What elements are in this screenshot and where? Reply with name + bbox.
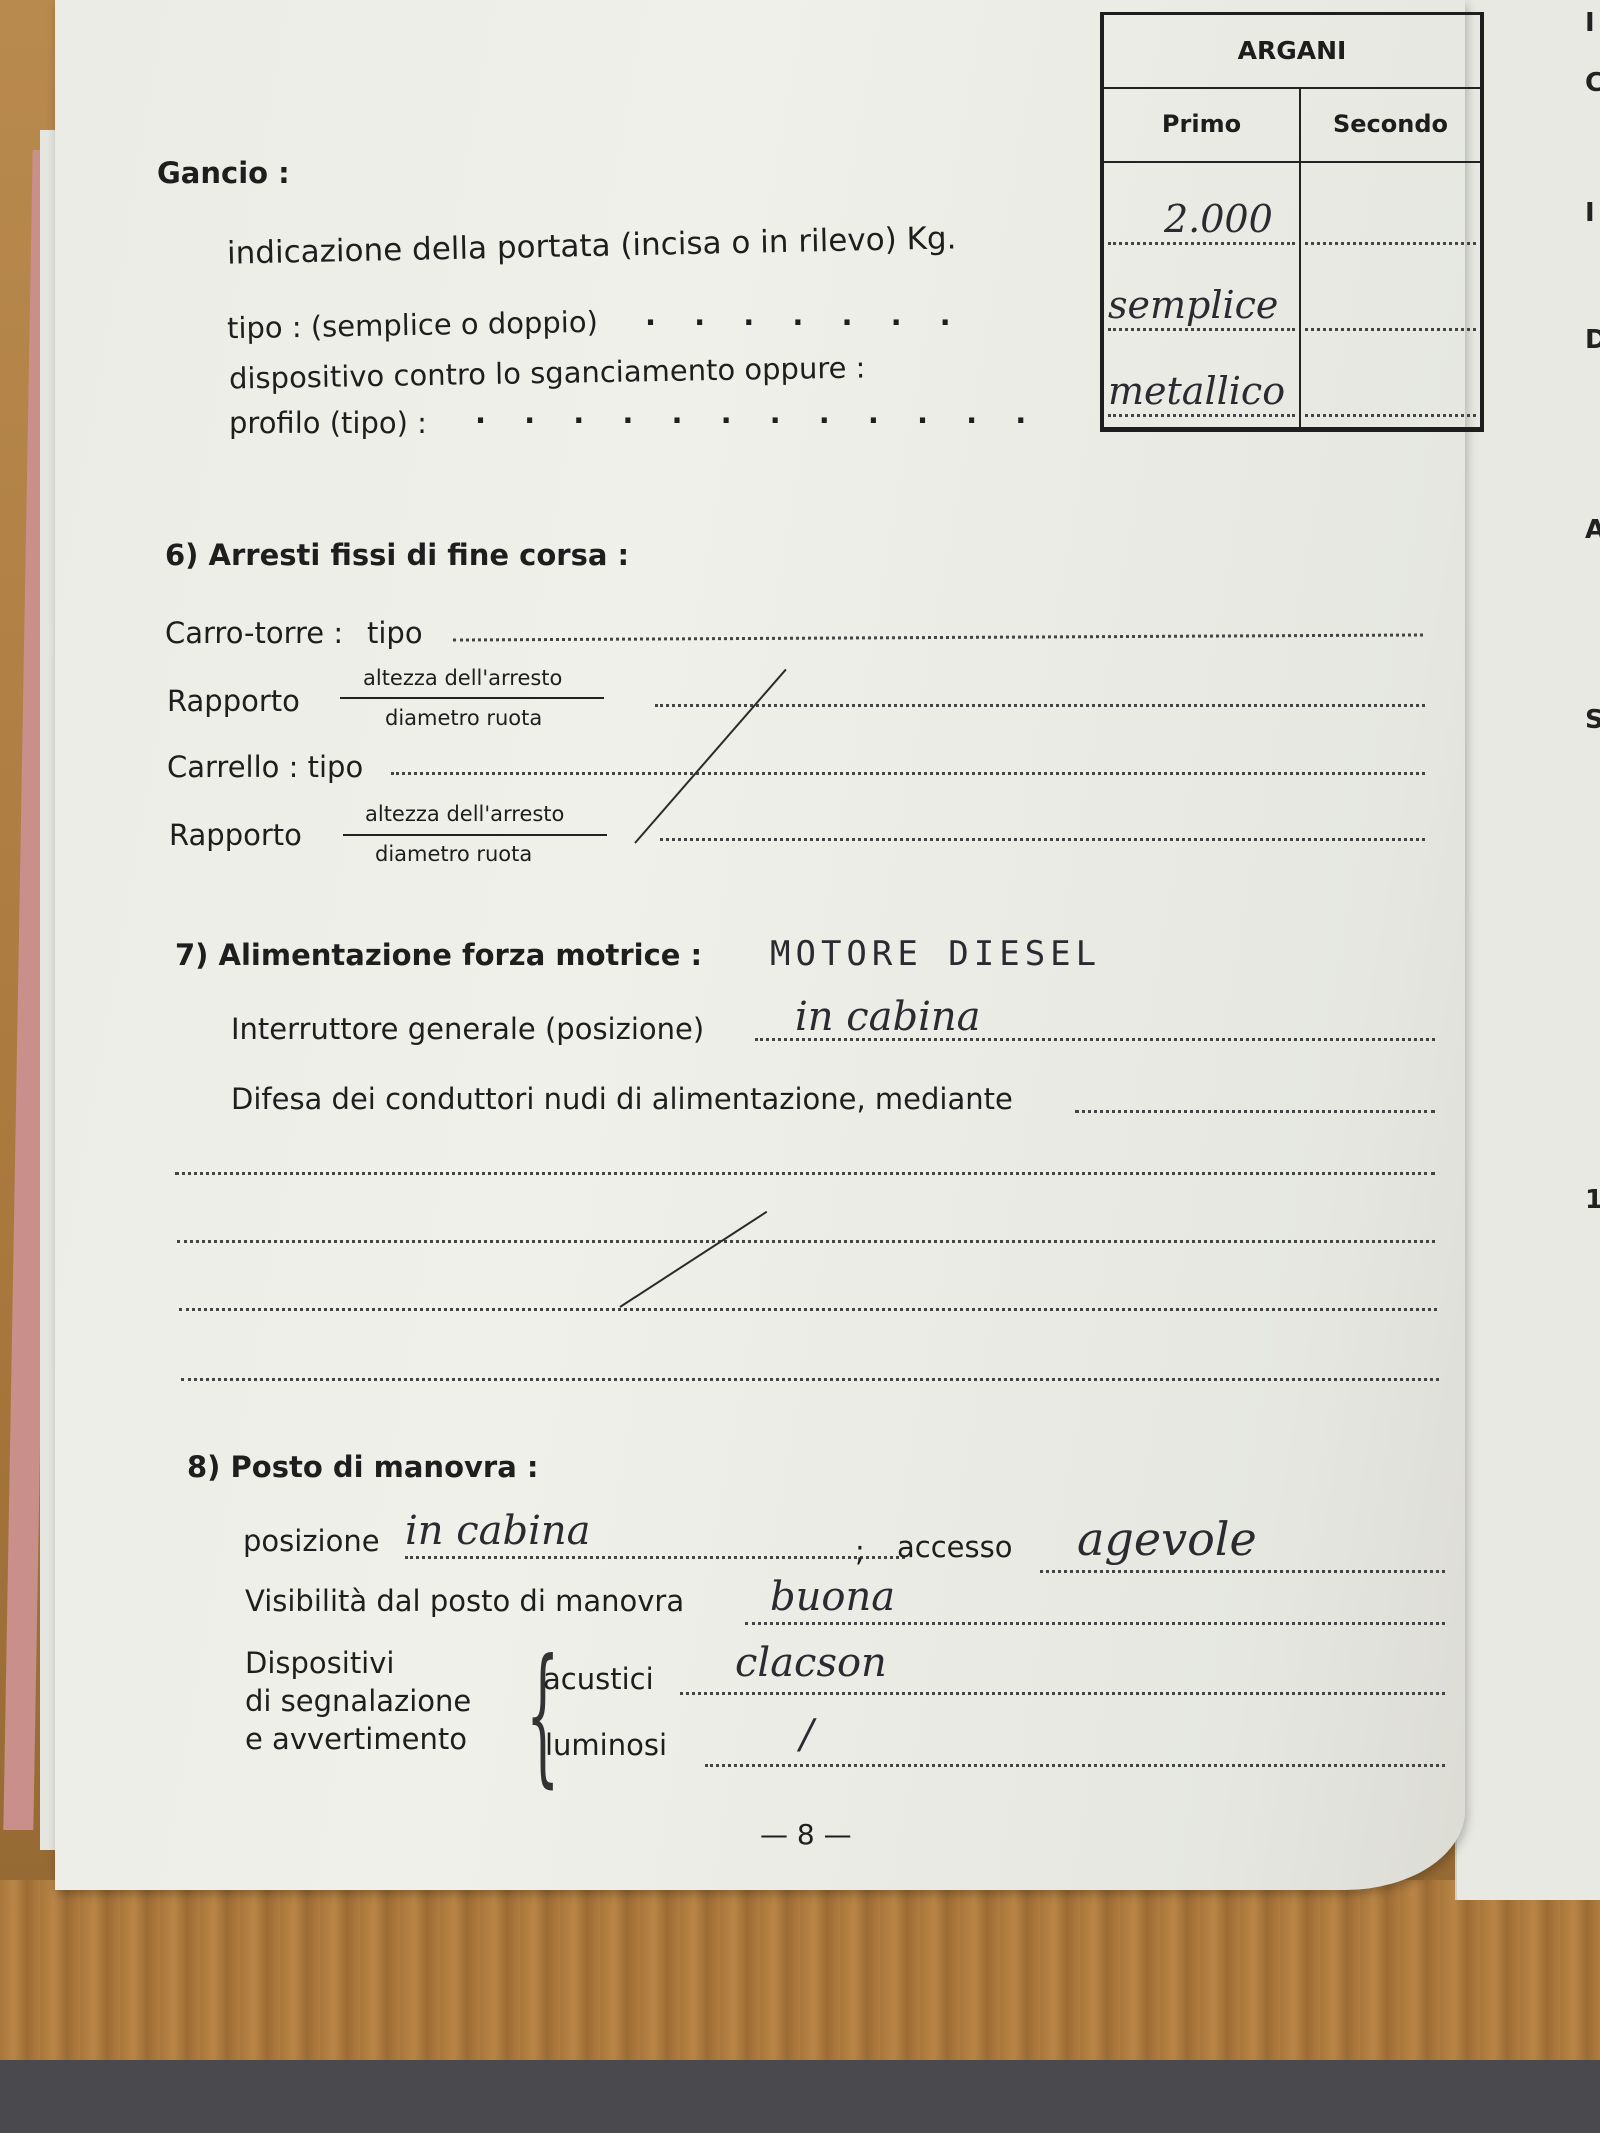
section6-heading: 6) Arresti fissi di fine corsa : [165,538,629,572]
facing-page-fragment: I [1585,198,1595,228]
rapporto2-field[interactable] [660,838,1425,841]
carro-torre-label: Carro-torre : [165,616,343,650]
handwritten-value: semplice [1108,283,1278,327]
dotted-line [1305,414,1476,417]
rapporto1-numerator: altezza dell'arresto [363,666,562,690]
alimentazione-value[interactable]: MOTORE DIESEL [770,934,1101,974]
argani-title: ARGANI [1104,15,1480,89]
handwritten-value: 2.000 [1164,197,1273,241]
dispositivi-label-line3: e avvertimento [245,1722,467,1756]
visibilita-label: Visibilità dal posto di manovra [245,1584,684,1618]
gancio-heading: Gancio : [157,156,290,190]
accesso-label: accesso [897,1530,1012,1564]
portata-label: indicazione della portata (incisa o in r… [227,220,957,271]
difesa-label: Difesa dei conduttori nudi di alimentazi… [231,1082,1013,1116]
accesso-field [1040,1570,1445,1573]
fraction-bar [343,834,607,836]
facing-page-fragment: 1 [1585,1185,1600,1215]
dispositivi-label-line1: Dispositivi [245,1646,394,1680]
rapporto1-field[interactable] [655,704,1425,707]
facing-page-fragment: D [1585,325,1600,355]
carro-torre-tipo-label: tipo [367,616,423,650]
posizione-field [405,1556,905,1559]
handwritten-value: metallico [1108,369,1285,413]
floor-background [0,2060,1600,2133]
dispositivi-label-line2: di segnalazione [245,1684,471,1718]
tipo-leader-dots: . . . . . . . [645,298,965,332]
column-header-primo: Primo [1104,87,1299,163]
dotted-line [1108,242,1295,245]
dotted-line [1108,328,1295,331]
facing-page-fragment: S [1585,705,1600,735]
difesa-field[interactable] [1075,1110,1435,1113]
visibilita-value[interactable]: buona [770,1574,895,1620]
acustici-label: acustici [543,1662,654,1696]
dotted-line [1305,242,1476,245]
cell-secondo-portata[interactable] [1301,163,1480,249]
luminosi-value[interactable]: / [800,1712,813,1758]
carrello-label: Carrello : tipo [167,750,363,784]
cell-secondo-profilo[interactable] [1301,335,1480,421]
section8-heading: 8) Posto di manovra : [187,1450,538,1484]
facing-page-fragment: I [1585,8,1595,38]
difesa-continuation-line-1[interactable] [175,1172,1435,1175]
cell-primo-tipo[interactable]: semplice [1104,249,1299,335]
difesa-continuation-line-4[interactable] [181,1378,1439,1381]
difesa-continuation-line-3[interactable] [179,1308,1437,1311]
facing-page-fragment: A [1585,515,1600,545]
luminosi-label: luminosi [545,1728,667,1762]
interruttore-field [755,1038,1435,1041]
page-number: — 8 — [760,1818,852,1851]
rapporto2-numerator: altezza dell'arresto [365,802,564,826]
cell-primo-profilo[interactable]: metallico [1104,335,1299,421]
separator: ; [855,1534,865,1568]
cell-secondo-tipo[interactable] [1301,249,1480,335]
interruttore-label: Interruttore generale (posizione) [231,1012,704,1046]
posizione-value[interactable]: in cabina [405,1508,591,1554]
facing-page-fragment: C [1585,68,1600,98]
column-header-secondo: Secondo [1301,87,1480,163]
tipo-label: tipo : (semplice o doppio) [227,305,598,345]
fraction-bar [340,697,604,699]
strike-through-slash [634,669,786,844]
rapporto2-label: Rapporto [169,818,302,852]
profilo-label: profilo (tipo) : [229,406,427,440]
acustici-field [680,1692,1445,1695]
dotted-line [1108,414,1295,417]
interruttore-value[interactable]: in cabina [795,994,981,1040]
dispositivo-label: dispositivo contro lo sganciamento oppur… [229,350,866,395]
carro-torre-tipo-field[interactable] [453,633,1423,641]
accesso-value[interactable]: agevole [1077,1512,1257,1566]
section7-heading: 7) Alimentazione forza motrice : [175,938,702,972]
luminosi-field [705,1764,1445,1767]
carrello-tipo-field[interactable] [391,772,1425,775]
rapporto1-denominator: diametro ruota [385,706,542,730]
visibilita-field [745,1622,1445,1625]
difesa-continuation-line-2[interactable] [177,1240,1435,1243]
acustici-value[interactable]: clacson [735,1640,887,1686]
argani-table: ARGANI Primo Secondo 2.000 semplice meta… [1100,12,1484,432]
dotted-line [1305,328,1476,331]
strike-through-slash [619,1211,767,1308]
rapporto2-denominator: diametro ruota [375,842,532,866]
form-page: ARGANI Primo Secondo 2.000 semplice meta… [55,0,1465,1890]
posizione-label: posizione [243,1524,380,1558]
rapporto1-label: Rapporto [167,684,300,718]
profilo-leader-dots: . . . . . . . . . . . . [475,396,1040,430]
cell-primo-portata[interactable]: 2.000 [1104,163,1299,249]
